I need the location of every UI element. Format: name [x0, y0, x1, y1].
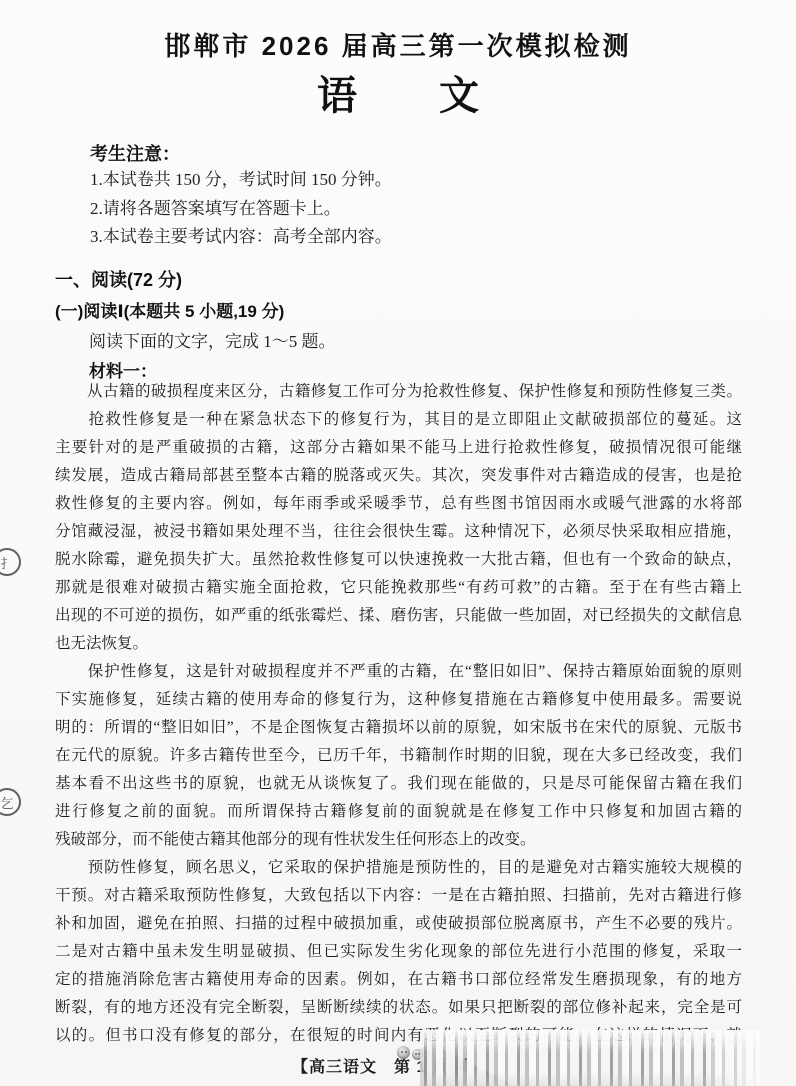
passage-line: 残破部分，而不能使古籍其他部分的现有性状发生任何形态上的改变。 — [55, 826, 742, 854]
passage-line: 也无法恢复。 — [55, 630, 742, 658]
passage-line: 主要针对的是严重破损的古籍，这部分古籍如果不能马上进行抢救性修复，破损情况很可能… — [55, 434, 742, 462]
margin-stamp-icon: 乞 — [0, 788, 21, 816]
passage-line: 续发展，造成古籍局部甚至整本古籍的脱落或灭失。其次，突发事件对古籍造成的侵害，也… — [55, 462, 742, 490]
passage-line: 保护性修复，这是针对破损程度并不严重的古籍，在“整旧如旧”、保持古籍原始面貌的原… — [55, 658, 742, 686]
passage-line: 补和加固，避免在拍照、扫描的过程中破损加重，或使破损部位脱离原书，产生不必要的残… — [55, 910, 742, 938]
watermark-emoji-icon — [397, 1046, 410, 1059]
passage-line: 明的：所谓的“整旧如旧”，不是企图恢复古籍损坏以前的原貌，如宋版书在宋代的原貌、… — [55, 714, 742, 742]
passage-line: 分馆藏浸湿，被浸书籍如果处理不当，往往会很快生霉。这种情况下，必须尽快采取相应措… — [55, 518, 742, 546]
passage-line: 进行修复之前的面貌。而所谓保持古籍修复前的面貌就是在修复工作中只修复和加固古籍的 — [55, 798, 742, 826]
exam-title: 邯郸市 2026 届高三第一次模拟检测 — [0, 26, 796, 63]
passage-line: 断裂，有的地方还没有完全断裂，呈断断续续的状态。如果只把断裂的部位修补起来，完全… — [55, 994, 742, 1022]
passage-line: 抢救性修复是一种在紧急状态下的修复行为，其目的是立即阻止文献破损部位的蔓延。这 — [55, 406, 742, 434]
notice-items: 1.本试卷共 150 分，考试时间 150 分钟。2.请将各题答案填写在答题卡上… — [90, 166, 736, 252]
passage-line: 救性修复的主要内容。例如，每年雨季或采暖季节，总有些图书馆因雨水或暖气泄露的水将… — [55, 490, 742, 518]
margin-stamp-icon: 扌 — [0, 548, 21, 576]
passage-text: 从古籍的破损程度来区分，古籍修复工作可分为抢救性修复、保护性修复和预防性修复三类… — [55, 378, 742, 1050]
passage-line: 预防性修复，顾名思义，它采取的保护措施是预防性的，目的是避免对古籍实施较大规模的 — [55, 854, 742, 882]
section-part-heading: 一、阅读(72 分) — [55, 266, 182, 292]
candidate-notice: 考生注意： 1.本试卷共 150 分，考试时间 150 分钟。2.请将各题答案填… — [90, 140, 736, 252]
notice-item: 1.本试卷共 150 分，考试时间 150 分钟。 — [90, 166, 736, 195]
passage-line: 干预。对古籍采取预防性修复，大致包括以下内容：一是在古籍拍照、扫描前，先对古籍进… — [55, 882, 742, 910]
passage-line: 那就是很难对破损古籍实施全面抢救，它只能挽救那些“有药可救”的古籍。至于在有些古… — [55, 574, 742, 602]
blur-smear-overlay — [424, 1030, 760, 1086]
notice-heading: 考生注意： — [90, 140, 736, 166]
section-sub-heading: (一)阅读Ⅰ(本题共 5 小题,19 分) — [55, 297, 284, 322]
subject-title: 语文 — [0, 64, 796, 121]
notice-item: 2.请将各题答案填写在答题卡上。 — [90, 195, 736, 224]
passage-line: 脱水除霉，避免损失扩大。虽然抢救性修复可以快速挽救一大批古籍，但也有一个致命的缺… — [55, 546, 742, 574]
passage-line: 在元代的原貌。许多古籍传世至今，已历千年，书籍制作时期的旧貌，现在大多已经改变，… — [55, 742, 742, 770]
passage-line: 定的措施消除危害古籍使用寿命的因素。例如，在古籍书口部位经常发生磨损现象，有的地… — [55, 966, 742, 994]
passage-line: 从古籍的破损程度来区分，古籍修复工作可分为抢救性修复、保护性修复和预防性修复三类… — [55, 378, 742, 406]
passage-line: 出现的不可逆的损伤，如严重的纸张霉烂、揉、磨伤害，只能做一些加固，对已经损失的文… — [55, 602, 742, 630]
passage-line: 基本看不出这些书的原貌，也就无从谈恢复了。我们现在能做的，只是尽可能保留古籍在我… — [55, 770, 742, 798]
passage-line: 二是对古籍中虽未发生明显破损、但已实际发生劣化现象的部位先进行小范围的修复，采取… — [55, 938, 742, 966]
notice-item: 3.本试卷主要考试内容：高考全部内容。 — [90, 223, 736, 252]
passage-line: 下实施修复，延续古籍的使用寿命的修复行为，这种修复措施在古籍修复中使用最多。需要… — [55, 686, 742, 714]
reading-instruction: 阅读下面的文字，完成 1～5 题。 — [89, 327, 336, 352]
exam-paper-page: 邯郸市 2026 届高三第一次模拟检测 语文 考生注意： 1.本试卷共 150 … — [0, 0, 796, 1086]
